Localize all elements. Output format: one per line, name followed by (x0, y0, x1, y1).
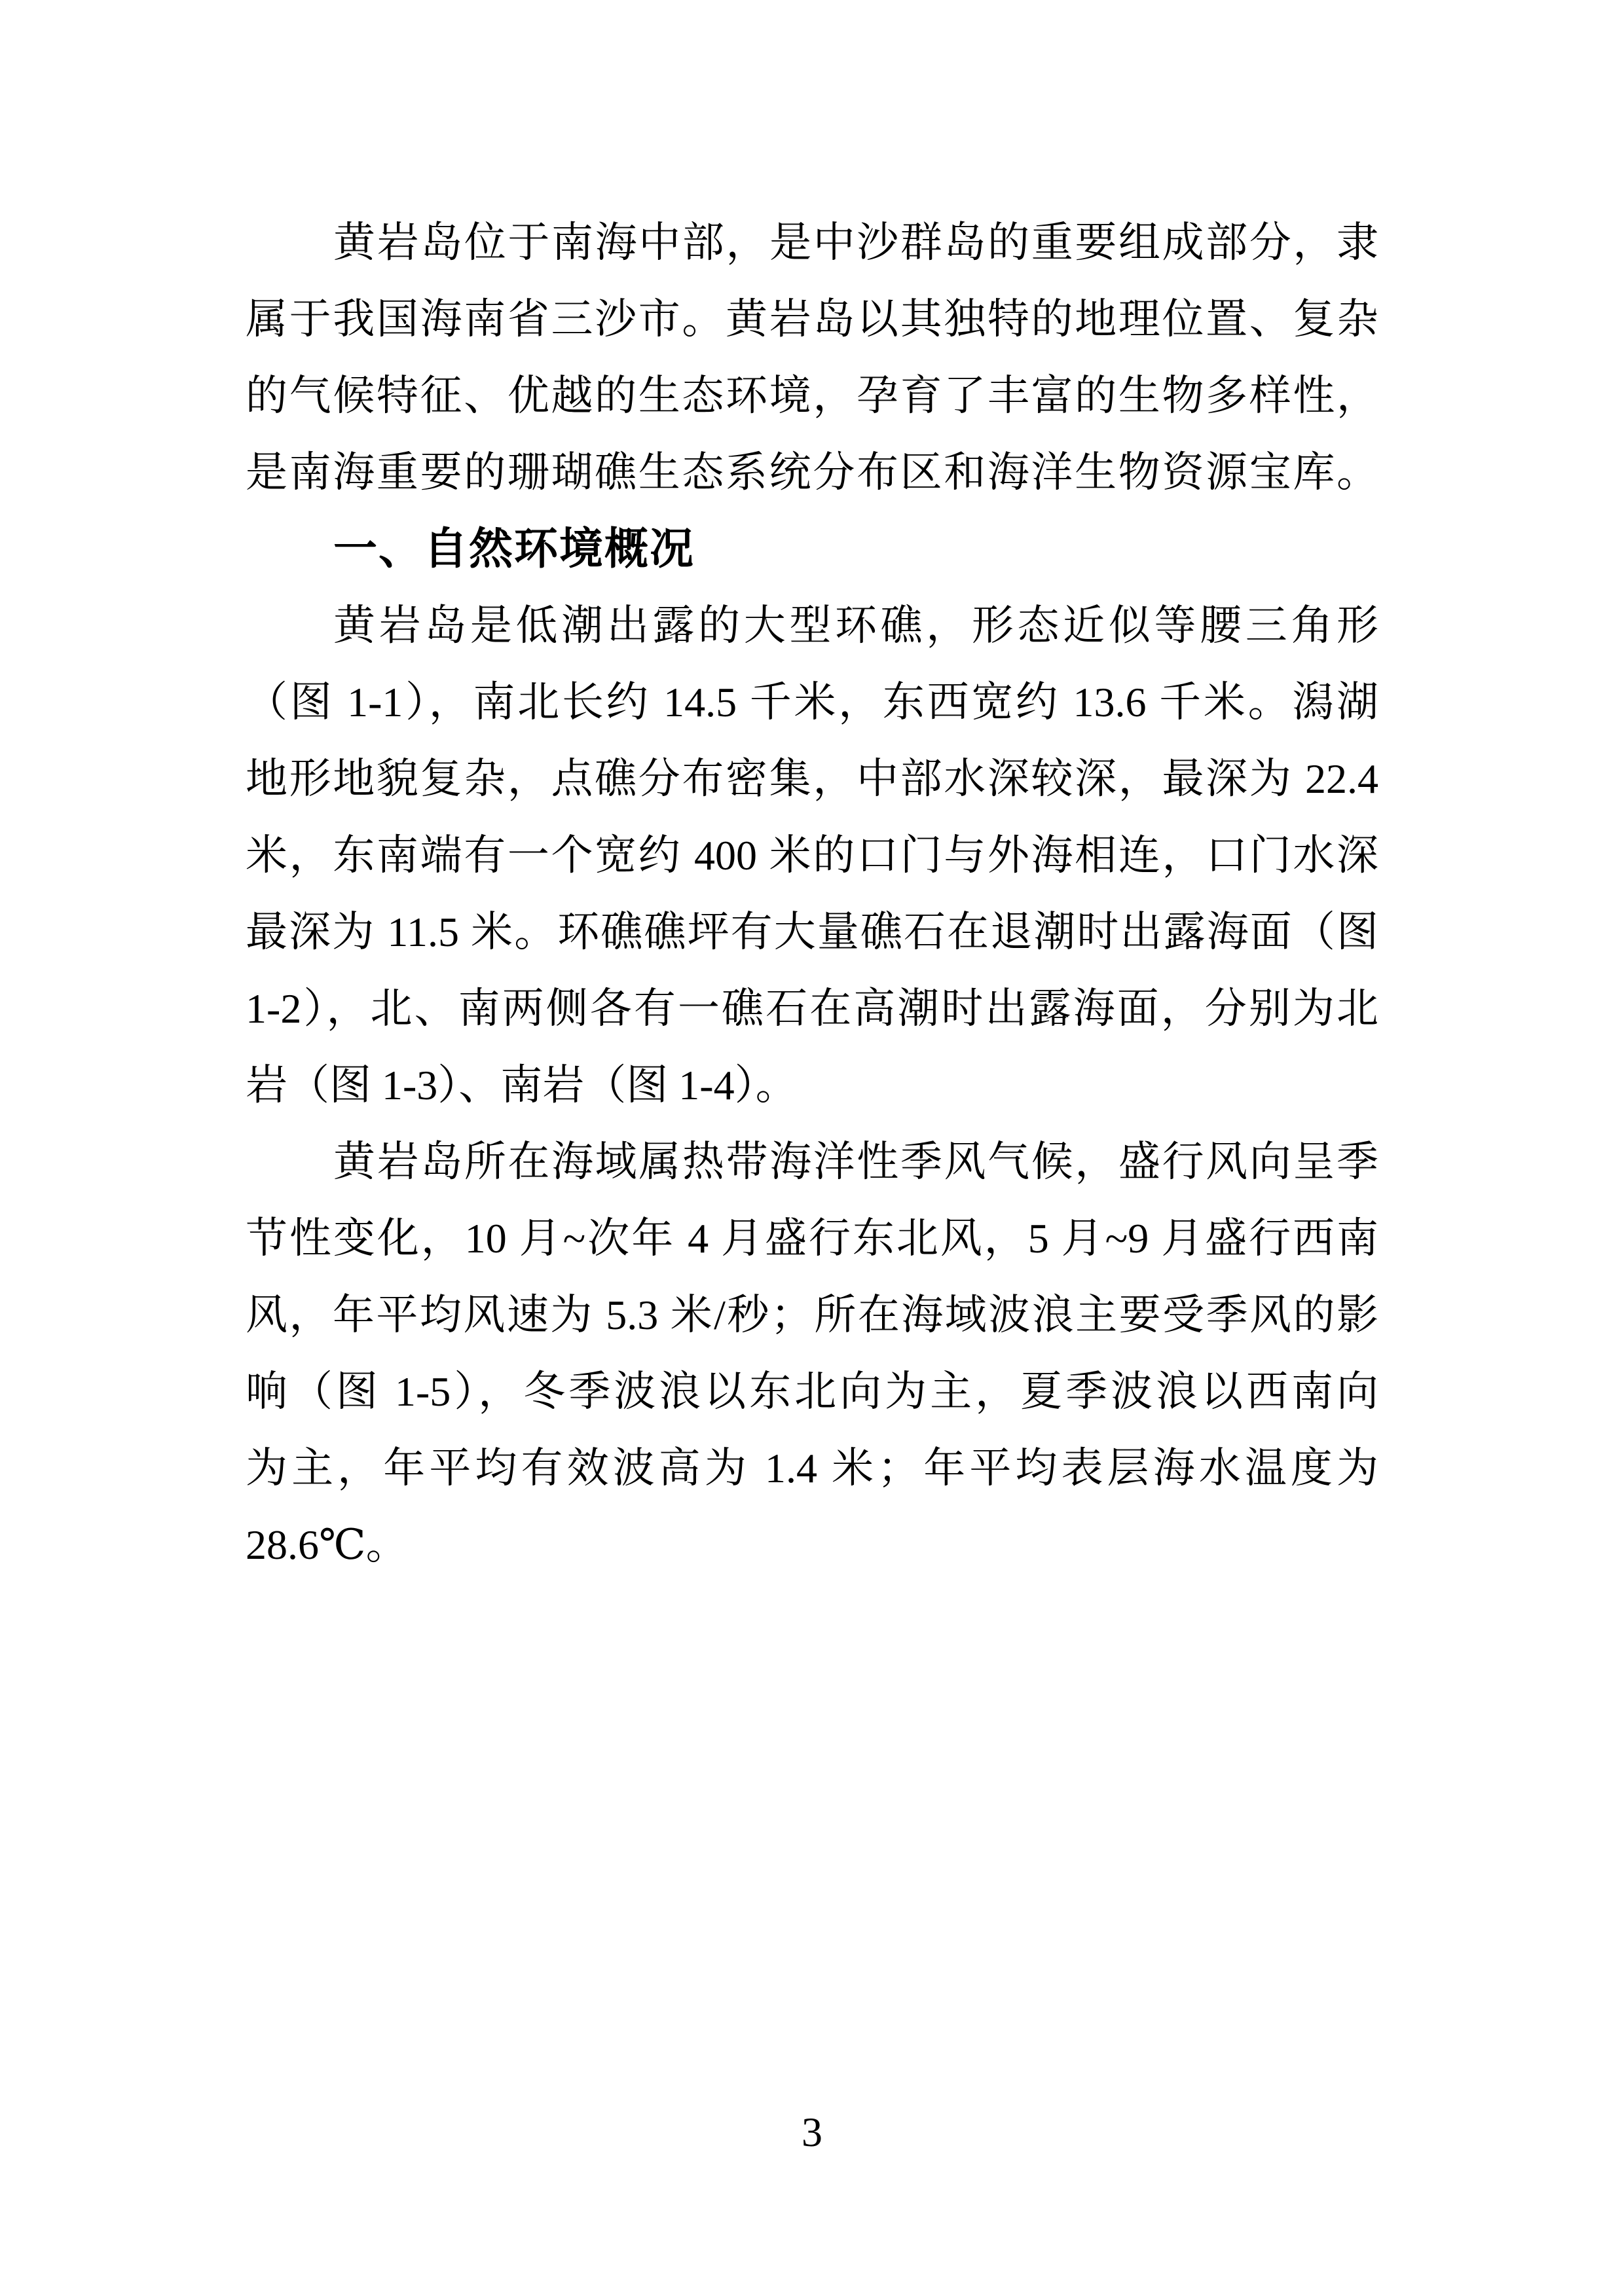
page-number: 3 (802, 2109, 822, 2155)
para3-line3: 风，年平均风速为 5.3 米/秒；所在海域波浪主要受季风的影 (246, 1277, 1378, 1353)
para3-line5: 为主，年平均有效波高为 1.4 米；年平均表层海水温度为 (246, 1430, 1378, 1506)
para3-line4: 响（图 1-5），冬季波浪以东北向为主，夏季波浪以西南向 (246, 1353, 1378, 1430)
section-heading: 一、自然环境概况 (246, 511, 1378, 587)
document-page: 黄岩岛位于南海中部，是中沙群岛的重要组成部分，隶 属于我国海南省三沙市。黄岩岛以… (0, 0, 1624, 2296)
para3-line6: 28.6℃。 (246, 1506, 1378, 1583)
page-footer: 3 (0, 2094, 1624, 2170)
para1-line1: 黄岩岛位于南海中部，是中沙群岛的重要组成部分，隶 (246, 204, 1378, 281)
page-content: 黄岩岛位于南海中部，是中沙群岛的重要组成部分，隶 属于我国海南省三沙市。黄岩岛以… (246, 204, 1378, 1583)
para2-line7: 岩（图 1-3）、南岩（图 1-4）。 (246, 1047, 1378, 1123)
para1-line3: 的气候特征、优越的生态环境，孕育了丰富的生物多样性， (246, 357, 1378, 434)
para1-line4: 是南海重要的珊瑚礁生态系统分布区和海洋生物资源宝库。 (246, 434, 1378, 511)
para2-line5: 最深为 11.5 米。环礁礁坪有大量礁石在退潮时出露海面（图 (246, 894, 1378, 970)
para2-line3: 地形地貌复杂，点礁分布密集，中部水深较深，最深为 22.4 (246, 740, 1378, 817)
para2-line6: 1-2），北、南两侧各有一礁石在高潮时出露海面，分别为北 (246, 970, 1378, 1047)
para3-line2: 节性变化，10 月~次年 4 月盛行东北风，5 月~9 月盛行西南 (246, 1200, 1378, 1277)
para2-line2: （图 1-1），南北长约 14.5 千米，东西宽约 13.6 千米。潟湖 (246, 664, 1378, 740)
para2-line1: 黄岩岛是低潮出露的大型环礁，形态近似等腰三角形 (246, 587, 1378, 664)
para1-line2: 属于我国海南省三沙市。黄岩岛以其独特的地理位置、复杂 (246, 281, 1378, 357)
para2-line4: 米，东南端有一个宽约 400 米的口门与外海相连，口门水深 (246, 817, 1378, 894)
para3-line1: 黄岩岛所在海域属热带海洋性季风气候，盛行风向呈季 (246, 1123, 1378, 1200)
